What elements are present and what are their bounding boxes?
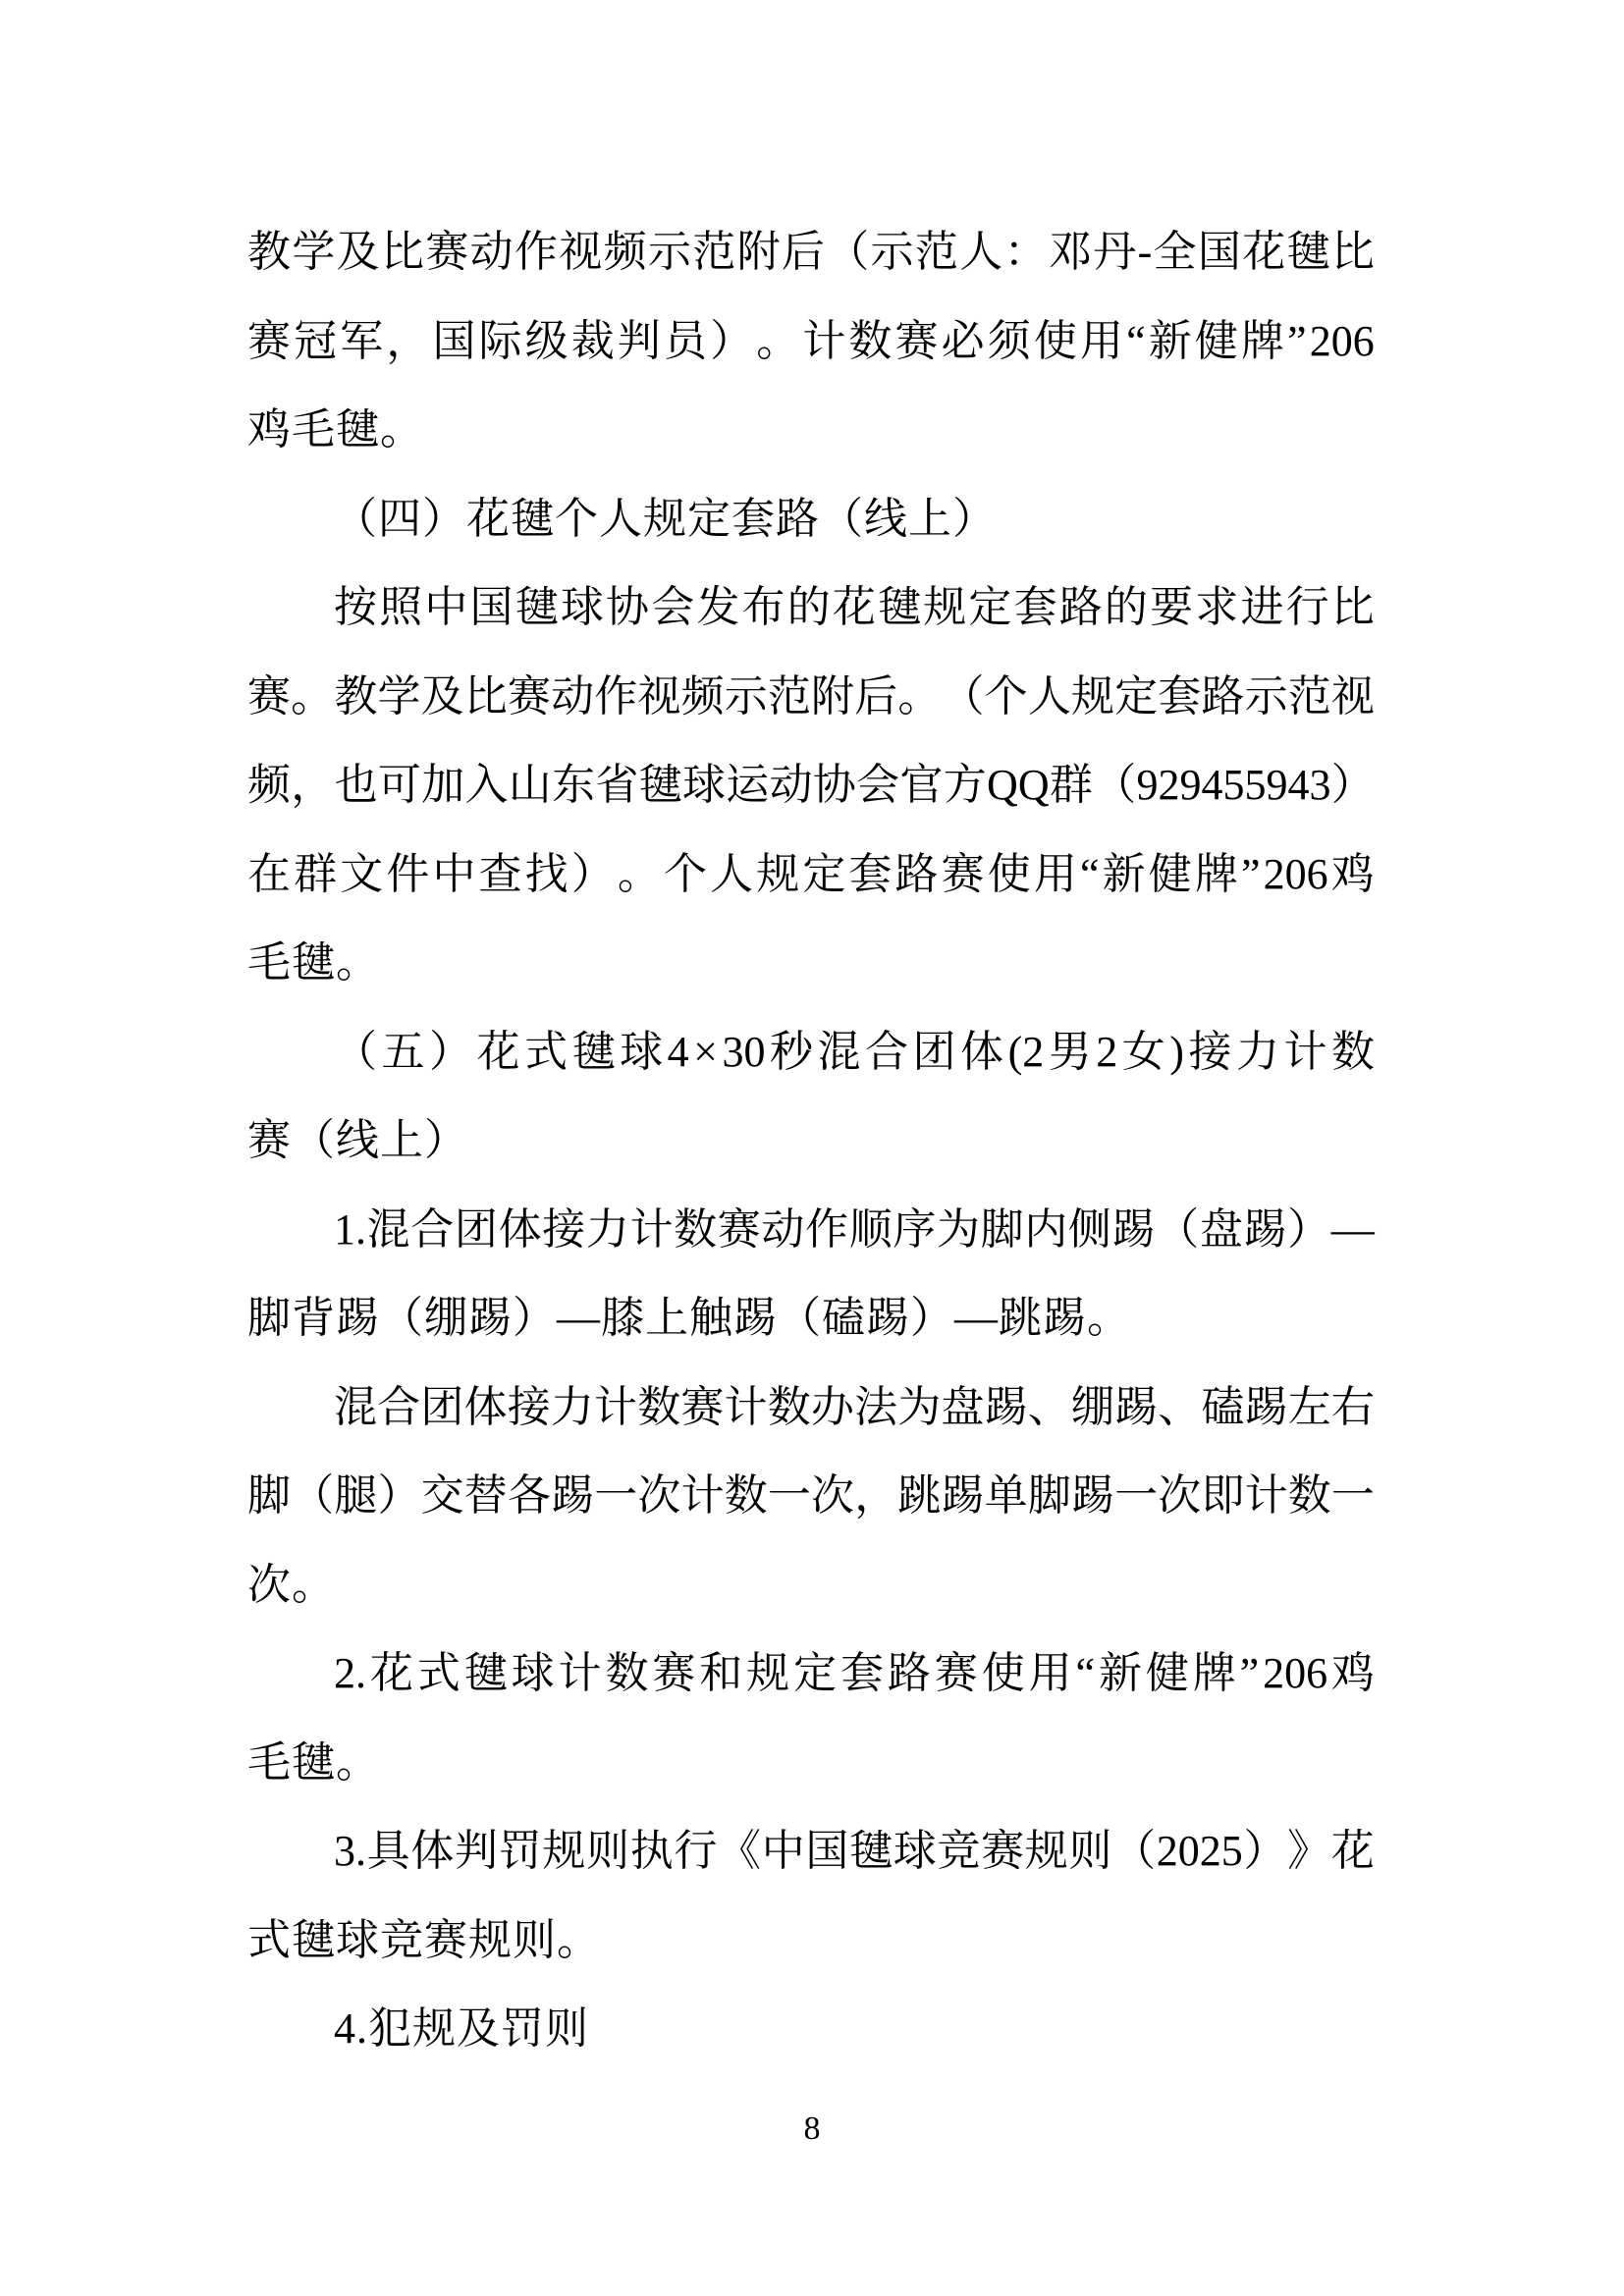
- text-token: 次: [637, 1452, 680, 1541]
- text-token: 式: [417, 1629, 460, 1719]
- text-token: 国: [432, 297, 475, 387]
- text-token: 套: [840, 1629, 884, 1719]
- text-token: 查: [479, 830, 522, 920]
- text-token: 脚: [1028, 1452, 1071, 1541]
- text-token: 踢: [551, 1452, 594, 1541]
- text-token: 中: [762, 1807, 805, 1896]
- text-token: 、: [1158, 1363, 1201, 1453]
- text-token: 替: [464, 1452, 508, 1541]
- text-token: 计: [559, 1629, 602, 1719]
- text-token: 定: [1114, 653, 1158, 742]
- text-token: 次: [811, 1452, 854, 1541]
- text-token: 群: [1050, 741, 1093, 830]
- text-token: 用: [1080, 297, 1123, 387]
- text-token: 踢: [985, 1363, 1028, 1453]
- text-token: 军: [340, 297, 383, 387]
- text-token: 脚: [981, 1186, 1024, 1275]
- text-token: 丹: [1093, 208, 1136, 297]
- text-token: 数: [725, 1452, 768, 1541]
- text-token: 踢: [1071, 1452, 1114, 1541]
- text-token: 路: [895, 830, 939, 920]
- text-token: 。: [291, 653, 334, 742]
- text-token: 毽: [1287, 208, 1330, 297]
- text-token: 毽: [515, 563, 559, 653]
- text-token: 序: [893, 1186, 936, 1275]
- text-token: 踢: [1245, 1363, 1288, 1453]
- text-token: 入: [464, 741, 508, 830]
- text-token: 范: [915, 208, 958, 297]
- text-token: 群: [294, 830, 337, 920]
- text-token: ”: [1241, 830, 1261, 920]
- text-token: 教: [247, 208, 291, 297]
- text-token: 会: [856, 741, 899, 830]
- text-token: 即: [1201, 1452, 1244, 1541]
- text-token: 全: [1154, 208, 1197, 297]
- document-body: 教学及比赛动作视频示范附后（示范人：邓丹-全国花毽比赛冠军，国际级裁判员）。计数…: [247, 208, 1375, 2074]
- text-token: 和: [699, 1629, 742, 1719]
- text-token: 数: [674, 1186, 717, 1275]
- text-token: 省: [595, 741, 638, 830]
- text-token: 使: [982, 1629, 1025, 1719]
- text-line: 频，也可加入山东省毽球运动协会官方QQ群（929455943）: [247, 741, 1375, 830]
- text-token: 员: [664, 297, 707, 387]
- text-token: 邓: [1049, 208, 1092, 297]
- text-token: 动: [770, 741, 813, 830]
- text-token: 球: [561, 563, 604, 653]
- text-token: 为: [937, 1186, 980, 1275]
- text-token: 规: [542, 1807, 585, 1896]
- text-line: （四）花毽个人规定套路（线上）: [247, 475, 1375, 564]
- text-token: 国: [470, 563, 514, 653]
- text-token: 定: [793, 1629, 837, 1719]
- text-token: 计: [629, 1186, 673, 1275]
- text-token: 毽: [464, 1629, 508, 1719]
- text-token: 示: [871, 208, 914, 297]
- text-token: 计: [1245, 1452, 1288, 1541]
- text-token: 规: [923, 563, 966, 653]
- text-token: -: [1138, 208, 1153, 297]
- text-token: 力: [586, 1186, 629, 1275]
- text-token: 数: [768, 1363, 811, 1453]
- text-token: 的: [1105, 563, 1148, 653]
- text-token: 踢: [1243, 1186, 1286, 1275]
- text-token: 赛: [247, 297, 291, 387]
- text-token: 东: [552, 741, 595, 830]
- text-token: 团: [420, 1363, 463, 1453]
- text-token: 球: [620, 1008, 663, 1097]
- text-token: 盘: [941, 1363, 984, 1453]
- text-token: 冠: [294, 297, 337, 387]
- text-token: 五: [382, 1008, 425, 1097]
- text-token: 毽: [639, 741, 682, 830]
- text-token: 混: [818, 1008, 861, 1097]
- text-token: 频: [604, 208, 647, 297]
- text-token: 范: [1288, 653, 1331, 742]
- text-token: (2: [1008, 1008, 1045, 1097]
- text-token: （: [942, 653, 985, 742]
- text-line: 次。: [247, 1541, 1375, 1630]
- text-token: 判: [618, 297, 661, 387]
- text-line: 毛毽。: [247, 1719, 1375, 1808]
- text-token: 1.: [334, 1186, 366, 1275]
- text-token: 踢: [942, 1452, 985, 1541]
- text-token: 办: [811, 1363, 854, 1453]
- text-token: 混: [367, 1186, 410, 1275]
- text-line: 教学及比赛动作视频示范附后（示范人：邓丹-全国花毽比: [247, 208, 1375, 297]
- text-token: 则: [1068, 1807, 1111, 1896]
- text-token: 内: [1024, 1186, 1067, 1275]
- text-token: 式: [524, 1008, 568, 1097]
- text-token: 加: [421, 741, 464, 830]
- text-token: 为: [897, 1363, 941, 1453]
- text-token: 一: [768, 1452, 811, 1541]
- text-token: 力: [551, 1363, 594, 1453]
- text-token: 206: [1264, 830, 1328, 920]
- text-token: 中: [424, 563, 467, 653]
- text-token: 新: [1149, 297, 1192, 387]
- text-token: 套: [1158, 653, 1201, 742]
- text-token: 行: [674, 1807, 717, 1896]
- text-token: 男: [1049, 1008, 1092, 1097]
- text-token: 级: [525, 297, 568, 387]
- text-token: 数: [605, 1629, 648, 1719]
- text-token: 频: [681, 653, 725, 742]
- text-token: 、: [1028, 1363, 1071, 1453]
- text-token: 牌: [1195, 830, 1238, 920]
- text-token: 及: [337, 208, 380, 297]
- text-token: 定: [968, 563, 1011, 653]
- text-token: 布: [742, 563, 785, 653]
- text-token: ）: [1331, 741, 1375, 830]
- text-token: 山: [509, 741, 552, 830]
- text-token: ，: [386, 297, 429, 387]
- text-token: 必: [942, 297, 985, 387]
- text-token: 判: [455, 1807, 498, 1896]
- text-token: 动: [551, 653, 594, 742]
- text-token: 用: [1029, 1629, 1072, 1719]
- text-line: 3.具体判罚规则执行《中国毽球竞赛规则（2025）》花: [247, 1807, 1375, 1896]
- text-token: 使: [1034, 297, 1077, 387]
- text-token: 一: [1331, 1452, 1375, 1541]
- text-token: 花: [833, 563, 876, 653]
- text-token: 体: [960, 1008, 1003, 1097]
- text-token: 赛: [508, 653, 551, 742]
- text-token: 计: [802, 297, 845, 387]
- text-token: 接: [508, 1363, 551, 1453]
- text-token: 。: [897, 653, 941, 742]
- text-token: 照: [379, 563, 422, 653]
- text-token: 要: [1150, 563, 1193, 653]
- text-token: 赛: [935, 1629, 978, 1719]
- text-token: 接: [542, 1186, 585, 1275]
- text-token: 30: [722, 1008, 765, 1097]
- text-token: 踢: [1112, 1186, 1156, 1275]
- text-line: 2.花式毽球计数赛和规定套路赛使用“新健牌”206鸡: [247, 1629, 1375, 1719]
- text-token: 计: [594, 1363, 637, 1453]
- text-token: 牌: [1241, 297, 1284, 387]
- text-line: 毛毽。: [247, 919, 1375, 1008]
- text-token: 人: [959, 208, 1002, 297]
- text-line: （五）花式毽球4×30秒混合团体(2男2女)接力计数: [247, 1008, 1375, 1097]
- text-token: 盘: [1200, 1186, 1243, 1275]
- text-token: 赛: [718, 1186, 761, 1275]
- text-token: 法: [854, 1363, 897, 1453]
- text-token: —: [1331, 1186, 1375, 1275]
- text-token: 合: [377, 1363, 420, 1453]
- text-token: 国: [1198, 208, 1241, 297]
- text-token: 毽: [849, 1807, 893, 1896]
- text-token: 健: [1146, 1629, 1189, 1719]
- text-line: 按照中国毽球协会发布的花毽规定套路的要求进行比: [247, 563, 1375, 653]
- text-token: 鸡: [1331, 1629, 1375, 1719]
- text-token: 新: [1099, 1629, 1142, 1719]
- text-token: 套: [848, 830, 892, 920]
- text-token: 竞: [937, 1807, 980, 1896]
- text-token: 学: [377, 653, 420, 742]
- text-token: 。: [618, 830, 661, 920]
- text-token: 脚: [247, 1452, 291, 1541]
- text-token: 一: [594, 1452, 637, 1541]
- text-token: ，: [291, 741, 334, 830]
- text-token: 团: [455, 1186, 498, 1275]
- text-token: 后: [854, 653, 897, 742]
- text-token: 右: [1331, 1363, 1375, 1453]
- text-token: “: [1126, 297, 1146, 387]
- text-token: 206: [1310, 297, 1375, 387]
- text-token: 视: [559, 208, 602, 297]
- document-page: 教学及比赛动作视频示范附后（示范人：邓丹-全国花毽比赛冠军，国际级裁判员）。计数…: [0, 0, 1624, 2296]
- text-token: 路: [888, 1629, 931, 1719]
- text-token: 也: [335, 741, 378, 830]
- text-token: 团: [913, 1008, 956, 1097]
- text-token: 929455943: [1137, 741, 1331, 830]
- text-token: 须: [988, 297, 1031, 387]
- text-token: （: [1093, 741, 1136, 830]
- text-token: 206: [1263, 1629, 1327, 1719]
- text-token: 协: [813, 741, 856, 830]
- text-token: 合: [865, 1008, 908, 1097]
- text-token: 个: [985, 653, 1028, 742]
- text-token: 赛: [895, 297, 939, 387]
- text-token: 毽: [572, 1008, 616, 1097]
- text-token: 发: [696, 563, 739, 653]
- text-token: 规: [1025, 1807, 1068, 1896]
- text-token: 毽: [878, 563, 921, 653]
- text-token: 数: [1331, 1008, 1375, 1097]
- text-line: 赛（线上）: [247, 1096, 1375, 1186]
- text-token: 女: [1122, 1008, 1165, 1097]
- text-token: ：: [1004, 208, 1048, 297]
- text-token: 健: [1149, 830, 1192, 920]
- text-token: 4: [668, 1008, 689, 1097]
- text-token: 示: [648, 208, 691, 297]
- text-line: 脚背踢（绷踢）—膝上触踢（磕踢）—跳踢。: [247, 1274, 1375, 1363]
- text-token: 赛: [981, 1807, 1024, 1896]
- text-token: 《: [718, 1807, 761, 1896]
- text-token: ，: [854, 1452, 897, 1541]
- text-token: （: [826, 208, 869, 297]
- text-token: 规: [1071, 653, 1114, 742]
- text-token: 混: [334, 1363, 377, 1453]
- text-token: QQ: [987, 741, 1050, 830]
- text-token: 计: [725, 1363, 768, 1453]
- text-token: 力: [1236, 1008, 1279, 1097]
- text-token: （: [334, 1008, 377, 1097]
- text-token: （: [1156, 1186, 1199, 1275]
- text-token: （: [291, 1452, 334, 1541]
- text-token: 行: [1286, 563, 1329, 653]
- text-token: ）: [377, 1452, 420, 1541]
- text-token: 赛: [247, 653, 291, 742]
- text-token: 赛: [652, 1629, 695, 1719]
- text-token: 》: [1287, 1807, 1330, 1896]
- text-token: 的: [787, 563, 831, 653]
- text-token: 际: [479, 297, 522, 387]
- text-token: 罚: [499, 1807, 542, 1896]
- text-token: （: [1112, 1807, 1156, 1896]
- text-token: 侧: [1068, 1186, 1111, 1275]
- text-token: 合: [410, 1186, 454, 1275]
- text-token: 方: [944, 741, 987, 830]
- text-token: 顺: [849, 1186, 893, 1275]
- text-token: 套: [1014, 563, 1057, 653]
- text-token: 范: [768, 653, 811, 742]
- text-token: 裁: [571, 297, 615, 387]
- text-token: “: [1080, 830, 1100, 920]
- text-token: 比: [1331, 563, 1375, 653]
- text-token: 会: [651, 563, 694, 653]
- text-token: 牌: [1193, 1629, 1236, 1719]
- text-token: ）: [1287, 1186, 1330, 1275]
- text-token: 跳: [897, 1452, 941, 1541]
- text-token: 花: [370, 1629, 413, 1719]
- text-token: 规: [756, 830, 799, 920]
- text-token: 使: [988, 830, 1031, 920]
- text-token: 单: [985, 1452, 1028, 1541]
- text-token: 则: [586, 1807, 629, 1896]
- text-token: 鸡: [1331, 830, 1375, 920]
- text-token: 2025: [1157, 1807, 1243, 1896]
- text-token: 计: [1283, 1008, 1326, 1097]
- text-token: ）: [1243, 1807, 1286, 1896]
- text-token: 规: [746, 1629, 789, 1719]
- text-line: 赛。教学及比赛动作视频示范附后。（个人规定套路示范视: [247, 653, 1375, 742]
- text-token: 磕: [1201, 1363, 1244, 1453]
- text-token: 比: [1331, 208, 1375, 297]
- text-token: ×: [693, 1008, 718, 1097]
- text-token: 文: [340, 830, 383, 920]
- text-token: 官: [899, 741, 943, 830]
- text-token: 进: [1240, 563, 1283, 653]
- text-token: 体: [410, 1807, 454, 1896]
- text-token: 人: [1028, 653, 1071, 742]
- text-token: 2.: [334, 1629, 366, 1719]
- text-token: ）: [710, 297, 753, 387]
- text-token: 附: [737, 208, 781, 297]
- text-token: 各: [508, 1452, 551, 1541]
- text-token: ”: [1287, 297, 1307, 387]
- text-token: “: [1076, 1629, 1096, 1719]
- text-token: 体: [499, 1186, 542, 1275]
- text-token: 协: [606, 563, 649, 653]
- text-token: 后: [782, 208, 825, 297]
- text-token: 作: [594, 653, 637, 742]
- text-line: 混合团体接力计数赛计数办法为盘踢、绷踢、磕踢左右: [247, 1363, 1375, 1453]
- text-token: 3.: [334, 1807, 366, 1896]
- text-line: 鸡毛毽。: [247, 386, 1375, 475]
- text-token: 计: [681, 1452, 725, 1541]
- text-token: 秒: [770, 1008, 813, 1097]
- text-token: 球: [682, 741, 726, 830]
- text-token: 频: [247, 741, 291, 830]
- text-token: 数: [848, 297, 892, 387]
- text-token: 体: [464, 1363, 508, 1453]
- text-token: 赛: [942, 830, 985, 920]
- text-line: 在群文件中查找）。个人规定套路赛使用“新健牌”206鸡: [247, 830, 1375, 920]
- text-token: 次: [1158, 1452, 1201, 1541]
- text-token: 定: [802, 830, 845, 920]
- text-token: ): [1169, 1008, 1184, 1097]
- text-token: 花: [1331, 1807, 1375, 1896]
- text-token: 健: [1195, 297, 1238, 387]
- text-token: 动: [470, 208, 514, 297]
- text-token: 比: [381, 208, 424, 297]
- text-token: 范: [692, 208, 735, 297]
- text-token: 接: [1188, 1008, 1231, 1097]
- text-token: 赛: [680, 1363, 724, 1453]
- text-token: 及: [421, 653, 464, 742]
- text-token: 球: [512, 1629, 555, 1719]
- text-token: 腿: [334, 1452, 377, 1541]
- text-token: 可: [378, 741, 421, 830]
- text-token: 数: [1288, 1452, 1331, 1541]
- text-token: 视: [1331, 653, 1375, 742]
- text-token: ）: [429, 1008, 472, 1097]
- text-token: 找: [525, 830, 568, 920]
- text-token: 执: [630, 1807, 674, 1896]
- text-token: 花: [1242, 208, 1285, 297]
- text-token: 踢: [1114, 1363, 1158, 1453]
- text-token: 作: [514, 208, 558, 297]
- text-token: 求: [1195, 563, 1238, 653]
- text-token: 比: [464, 653, 508, 742]
- text-token: 赛: [425, 208, 468, 297]
- text-token: 视: [637, 653, 680, 742]
- text-token: 中: [432, 830, 475, 920]
- text-token: 人: [710, 830, 753, 920]
- text-token: 左: [1288, 1363, 1331, 1453]
- text-token: 运: [726, 741, 769, 830]
- text-line: 脚（腿）交替各踢一次计数一次，跳踢单脚踢一次即计数一: [247, 1452, 1375, 1541]
- text-line: 式毽球竞赛规则。: [247, 1896, 1375, 1986]
- text-token: ）: [571, 830, 615, 920]
- text-token: 作: [805, 1186, 848, 1275]
- text-token: 绷: [1071, 1363, 1114, 1453]
- text-token: 球: [893, 1807, 937, 1896]
- text-token: 2: [1096, 1008, 1117, 1097]
- text-token: 动: [761, 1186, 804, 1275]
- text-token: 花: [477, 1008, 520, 1097]
- text-token: ”: [1240, 1629, 1260, 1719]
- text-token: 用: [1034, 830, 1077, 920]
- text-line: 1.混合团体接力计数赛动作顺序为脚内侧踢（盘踢）—: [247, 1186, 1375, 1275]
- text-token: 路: [1059, 563, 1103, 653]
- text-token: 交: [421, 1452, 464, 1541]
- text-token: 教: [334, 653, 377, 742]
- text-token: 路: [1201, 653, 1244, 742]
- text-token: 新: [1103, 830, 1146, 920]
- text-line: 4.犯规及罚则: [247, 1985, 1375, 2074]
